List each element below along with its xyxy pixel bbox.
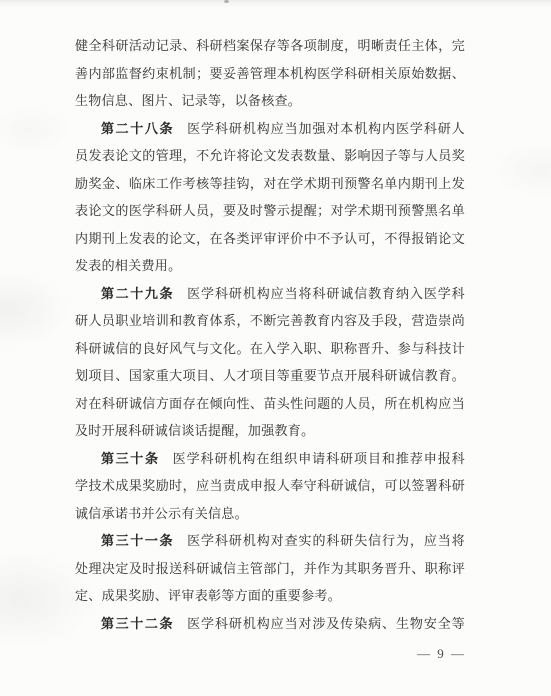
article-number: 第三十一条 [101, 533, 174, 548]
text-line: 对在科研诚信方面存在倾向性、苗头性问题的人员，所在机构应当 [75, 390, 465, 418]
article-number: 第三十二条 [101, 616, 174, 631]
text-line: 励奖金、临床工作考核等挂钩，对在学术期刊预警名单内期刊上发 [75, 170, 465, 198]
text-line: 研人员职业培训和教育体系，不断完善教育内容及手段，营造崇尚 [75, 307, 465, 335]
text-line: 处理决定及时报送科研诚信主管部门，并作为其职务晋升、职称评 [75, 555, 465, 583]
article-number: 第二十九条 [101, 286, 174, 301]
paragraph: 第二十九条医学科研机构应当将科研诚信教育纳入医学科研人员职业培训和教育体系，不断… [75, 280, 465, 445]
text-line: 发表的相关费用。 [75, 252, 465, 280]
document-body: 健全科研活动记录、科研档案保存等各项制度，明晰责任主体，完善内部监督约束机制；要… [75, 32, 465, 637]
line-text: 内期刊上发表的论文，在各类评审评价中不予认可，不得报销论文 [75, 231, 465, 246]
line-text: 健全科研活动记录、科研档案保存等各项制度，明晰责任主体，完 [75, 38, 465, 53]
line-text: 医学科研机构应当加强对本机构内医学科研人 [187, 121, 465, 136]
line-text: 发表的相关费用。 [75, 258, 181, 273]
line-text: 医学科研机构应当对涉及传染病、生物安全等 [187, 616, 465, 631]
text-line: 科研诚信的良好风气与文化。在入学入职、职称晋升、参与科技计 [75, 335, 465, 363]
line-text: 医学科研机构在组织申请科研项目和推荐申报科 [173, 451, 465, 466]
line-text: 科研诚信的良好风气与文化。在入学入职、职称晋升、参与科技计 [75, 341, 465, 356]
line-text: 处理决定及时报送科研诚信主管部门，并作为其职务晋升、职称评 [75, 561, 465, 576]
text-line: 学技术成果奖励时，应当责成申报人奉守科研诚信，可以签署科研 [75, 472, 465, 500]
line-text: 员发表论文的管理，不允许将论文发表数量、影响因子等与人员奖 [75, 148, 465, 163]
page-number: — 9 — [417, 646, 466, 662]
paragraph: 第三十条医学科研机构在组织申请科研项目和推荐申报科学技术成果奖励时，应当责成申报… [75, 445, 465, 528]
line-text: 学技术成果奖励时，应当责成申报人奉守科研诚信，可以签署科研 [75, 478, 465, 493]
text-line: 定、成果奖励、评审表彰等方面的重要参考。 [75, 582, 465, 610]
scan-speck [224, 0, 229, 3]
line-text: 划项目、国家重大项目、人才项目等重要节点开展科研诚信教育。 [75, 368, 465, 383]
paragraph: 第二十八条医学科研机构应当加强对本机构内医学科研人员发表论文的管理，不允许将论文… [75, 115, 465, 280]
line-text: 医学科研机构应当将科研诚信教育纳入医学科 [187, 286, 465, 301]
text-line: 员发表论文的管理，不允许将论文发表数量、影响因子等与人员奖 [75, 142, 465, 170]
text-line: 第三十一条医学科研机构对查实的科研失信行为，应当将 [75, 527, 465, 555]
document-page: 健全科研活动记录、科研档案保存等各项制度，明晰责任主体，完善内部监督约束机制；要… [0, 0, 551, 696]
paragraph: 健全科研活动记录、科研档案保存等各项制度，明晰责任主体，完善内部监督约束机制；要… [75, 32, 465, 115]
line-text: 定、成果奖励、评审表彰等方面的重要参考。 [75, 588, 341, 603]
text-line: 健全科研活动记录、科研档案保存等各项制度，明晰责任主体，完 [75, 32, 465, 60]
text-line: 善内部监督约束机制；要妥善管理本机构医学科研相关原始数据、 [75, 60, 465, 88]
paragraph: 第三十二条医学科研机构应当对涉及传染病、生物安全等 [75, 610, 465, 638]
line-text: 及时开展科研诚信谈话提醒，加强教育。 [75, 423, 314, 438]
text-line: 内期刊上发表的论文，在各类评审评价中不予认可，不得报销论文 [75, 225, 465, 253]
line-text: 对在科研诚信方面存在倾向性、苗头性问题的人员，所在机构应当 [75, 396, 465, 411]
line-text: 医学科研机构对查实的科研失信行为，应当将 [187, 533, 465, 548]
article-number: 第二十八条 [101, 121, 174, 136]
line-text: 研人员职业培训和教育体系，不断完善教育内容及手段，营造崇尚 [75, 313, 465, 328]
line-text: 表论文的医学科研人员，要及时警示提醒；对学术期刊预警黑名单 [75, 203, 465, 218]
line-text: 生物信息、图片、记录等，以备核查。 [75, 93, 301, 108]
text-line: 及时开展科研诚信谈话提醒，加强教育。 [75, 417, 465, 445]
line-text: 诚信承诺书并公示有关信息。 [75, 506, 248, 521]
text-line: 诚信承诺书并公示有关信息。 [75, 500, 465, 528]
text-line: 生物信息、图片、记录等，以备核查。 [75, 87, 465, 115]
text-line: 第二十八条医学科研机构应当加强对本机构内医学科研人 [75, 115, 465, 143]
text-line: 第三十二条医学科研机构应当对涉及传染病、生物安全等 [75, 610, 465, 638]
text-line: 第二十九条医学科研机构应当将科研诚信教育纳入医学科 [75, 280, 465, 308]
line-text: 善内部监督约束机制；要妥善管理本机构医学科研相关原始数据、 [75, 66, 465, 81]
text-line: 划项目、国家重大项目、人才项目等重要节点开展科研诚信教育。 [75, 362, 465, 390]
text-line: 第三十条医学科研机构在组织申请科研项目和推荐申报科 [75, 445, 465, 473]
paragraph: 第三十一条医学科研机构对查实的科研失信行为，应当将处理决定及时报送科研诚信主管部… [75, 527, 465, 610]
line-text: 励奖金、临床工作考核等挂钩，对在学术期刊预警名单内期刊上发 [75, 176, 465, 191]
text-line: 表论文的医学科研人员，要及时警示提醒；对学术期刊预警黑名单 [75, 197, 465, 225]
article-number: 第三十条 [101, 451, 160, 466]
